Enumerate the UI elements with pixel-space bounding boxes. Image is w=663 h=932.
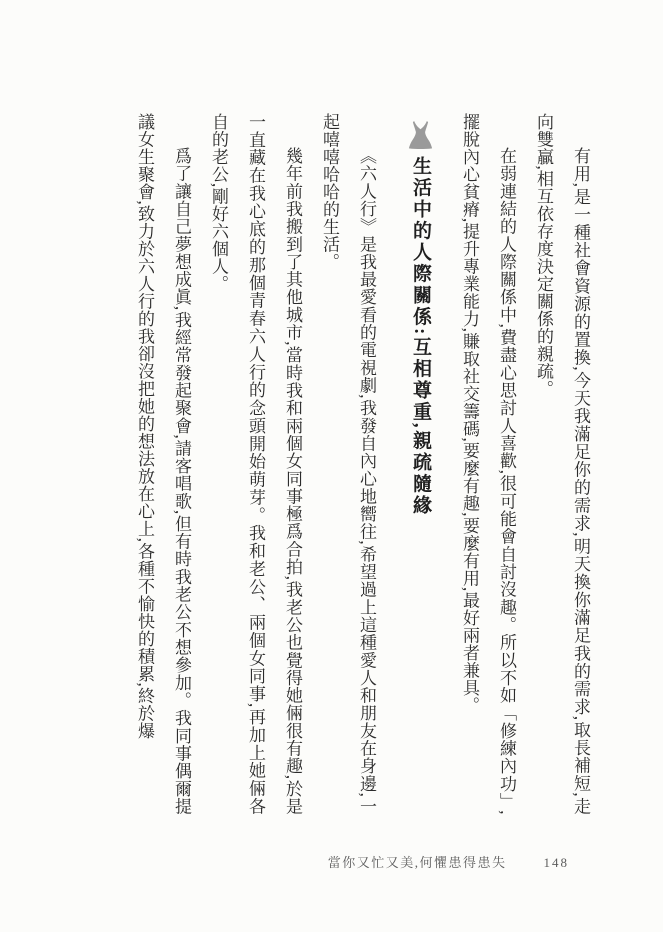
dress-icon <box>408 121 433 149</box>
page-number: 148 <box>544 855 570 871</box>
paragraph: 在弱連結的人際關係中,費盡心思討人喜歡,很可能會自討沒趣。所以不如「修練內功」,… <box>451 113 525 815</box>
book-page: 有用,是一種社會資源的置換,今天我滿足你的需求,明天換你滿足我的需求,取長補短,… <box>0 0 663 932</box>
paragraph: 《六人行》是我最愛看的電視劇,我發自內心地嚮往,希望過上這種愛人和朋友在身邊,一… <box>311 113 385 815</box>
section-heading: 生活中的人際關係:互相尊重,親疏隨緣 <box>405 113 435 815</box>
page-footer: 當你又忙又美,何懼患得患失 148 <box>328 852 569 871</box>
section-title: 生活中的人際關係:互相尊重,親疏隨緣 <box>410 156 431 516</box>
running-title: 當你又忙又美,何懼患得患失 <box>328 852 507 871</box>
page-content: 有用,是一種社會資源的置換,今天我滿足你的需求,明天換你滿足我的需求,取長補短,… <box>126 113 599 815</box>
paragraph: 有用,是一種社會資源的置換,今天我滿足你的需求,明天換你滿足我的需求,取長補短,… <box>525 113 599 815</box>
paragraph: 幾年前我搬到了其他城市,當時我和兩個女同事極爲合拍,我老公也覺得她倆很有趣,於是… <box>200 113 311 815</box>
paragraph: 爲了讓自己夢想成眞,我經常發起聚會,請客唱歌,但有時我老公不想參加。我同事偶爾提… <box>126 113 200 815</box>
